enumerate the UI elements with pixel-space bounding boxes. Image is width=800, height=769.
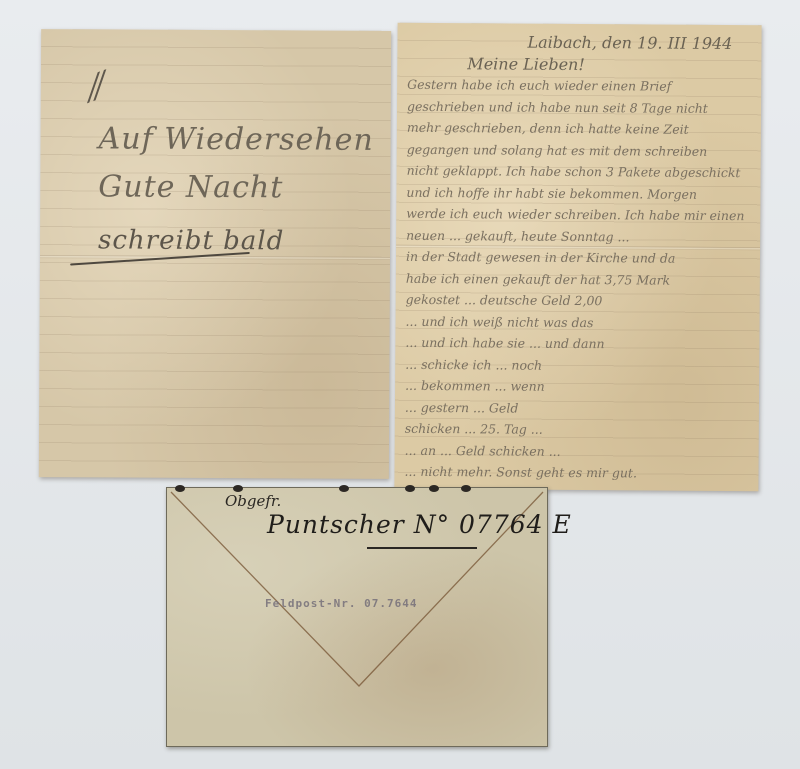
letter-line: nicht geklappt. Ich habe schon 3 Pakete … xyxy=(407,160,753,184)
letter-line: ... gestern ... Geld xyxy=(405,396,751,420)
letter-salutation: Meine Lieben! xyxy=(407,52,753,76)
torn-edge xyxy=(339,485,349,492)
letter-line: geschrieben und ich habe nun seit 8 Tage… xyxy=(407,95,753,119)
letter-line: ... und ich weiß nicht was das xyxy=(405,310,751,334)
torn-edge xyxy=(429,485,439,492)
torn-edge xyxy=(405,485,415,492)
torn-edge xyxy=(461,485,471,492)
torn-edge xyxy=(233,485,243,492)
sender-rank: Obgefr. xyxy=(225,492,281,510)
letter-line: mehr geschrieben, denn ich hatte keine Z… xyxy=(407,117,753,141)
letter-line: habe ich einen gekauft der hat 3,75 Mark xyxy=(406,267,752,291)
envelope: Obgefr. Puntscher N° 07764 E Feldpost-Nr… xyxy=(166,487,548,747)
handwritten-line: Gute Nacht xyxy=(98,169,283,205)
letter-line: neuen ... gekauft, heute Sonntag ... xyxy=(406,224,752,248)
torn-edge xyxy=(175,485,185,492)
letter-line: gegangen und solang hat es mit dem schre… xyxy=(407,138,753,162)
letter-line: werde ich euch wieder schreiben. Ich hab… xyxy=(406,203,752,227)
sender-address: Puntscher N° 07764 E xyxy=(267,510,572,539)
address-underline xyxy=(367,547,477,549)
letter-line: ... nicht mehr. Sonst geht es mir gut. xyxy=(404,461,750,485)
letter-line: ... an ... Geld schicken ... xyxy=(405,439,751,463)
letter-line: ... bekommen ... wenn xyxy=(405,375,751,399)
feldpost-stamp: Feldpost-Nr. 07.7644 xyxy=(265,597,417,610)
pencil-scribble: ⁄⁄ xyxy=(85,66,111,108)
letter-line: in der Stadt gewesen in der Kirche und d… xyxy=(406,246,752,270)
letter-line: ... und ich habe sie ... und dann xyxy=(405,332,751,356)
letter-line: ... schicke ich ... noch xyxy=(405,353,751,377)
letter-date: Laibach, den 19. III 1944 xyxy=(407,31,753,55)
handwritten-line: schreibt bald xyxy=(98,225,284,256)
letter-sheet-right: Laibach, den 19. III 1944 Meine Lieben! … xyxy=(394,23,761,492)
letter-sheet-left: ⁄⁄ Auf Wiedersehen Gute Nacht schreibt b… xyxy=(39,29,391,479)
letter-line: schicken ... 25. Tag ... xyxy=(405,418,751,442)
letter-body: Laibach, den 19. III 1944 Meine Lieben! … xyxy=(404,31,753,485)
letter-line: Gestern habe ich euch wieder einen Brief xyxy=(407,74,753,98)
handwritten-line: Auf Wiedersehen xyxy=(99,121,374,157)
letter-line: und ich hoffe ihr habt sie bekommen. Mor… xyxy=(406,181,752,205)
letter-line: gekostet ... deutsche Geld 2,00 xyxy=(406,289,752,313)
